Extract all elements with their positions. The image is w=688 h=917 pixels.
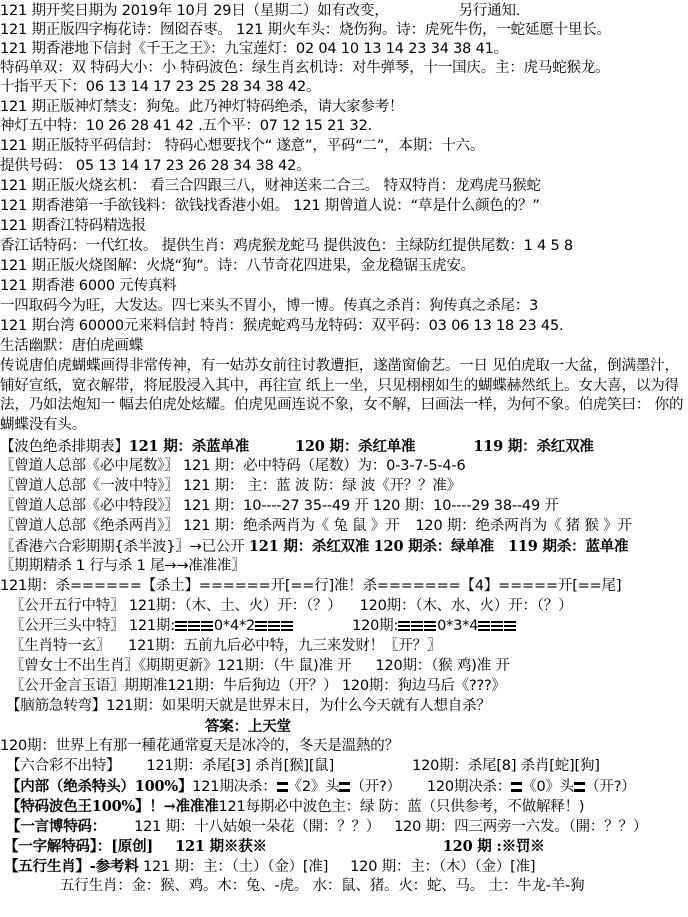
buchute-line: 【六合彩不出特】121期：杀尾[3] 杀肖[猴][鼠]120期：杀尾[8] 杀肖… [6, 757, 600, 776]
draw-date-line: 121 期开奖日期为 2019年 10月 29日（星期二）如有改变，另行通知. [0, 2, 520, 21]
tigong-line: 提供号码： 05 13 14 17 23 26 28 34 38 42。 [0, 157, 310, 176]
gongkai-santou-label: 〖公开三头中特〗 [10, 618, 124, 634]
zeng-yibo-text: 121 期： 主：蓝 波 防：绿 波《开？？准》 [183, 478, 461, 494]
riddle-label: 【脑筋急转弯】 [6, 698, 106, 714]
banbo-line: 〖香港六合彩期期{杀半波}〗→已公开 121 期：杀红双准 120 期杀：绿单准… [0, 537, 628, 556]
bar-glyph [277, 782, 288, 792]
jinyan-121: 121期：牛后狗边（开？） [167, 678, 337, 694]
zeng-teduan-text: 121 期：10----27 35--49 开 120 期：10----29 3… [183, 498, 559, 514]
santou-120-code: 0*3*4 [437, 618, 478, 634]
wuxing-121: 121 期：主：（土）（金）[准] [143, 859, 328, 875]
bar-glyph [574, 782, 585, 792]
bar-glyph [411, 621, 423, 631]
yixuan-label: 〖生肖特一玄〗 [10, 638, 110, 654]
bose-119: 119 期：杀红双准 [473, 438, 593, 455]
bosewang-text: 121每期必中波色主：绿 防：蓝（只供参考，不做解释！) [219, 799, 585, 815]
bar-glyph [491, 621, 503, 631]
bar-glyph [478, 621, 490, 631]
zeng-teduan-label: 〖曾道人总部《必中特段》〗 [0, 498, 179, 514]
humor-title: 生活幽默：唐伯虎画蝶 [0, 337, 143, 356]
yiyan-121: 121 期：十八姑娘一朵花（開：？？） [134, 819, 380, 835]
gongkai-wuxing-120: 120期：（木、水、火）开：（？） [360, 598, 573, 614]
bar-glyph [511, 782, 522, 792]
wuxing-label: 【五行生肖】-参考料 [4, 858, 139, 875]
bar-glyph [504, 621, 516, 631]
gongkai-wuxing-121: 121期：（木、土、火）开：（？） [129, 598, 342, 614]
wuxing-legend: 五行生肖：金：猴、鸡。木：兔、-虎。 水：鼠、猪。火：蛇、马。 土：牛龙-羊-狗 [60, 877, 584, 896]
zeng-teduan-line: 〖曾道人总部《必中特段》〗 121 期：10----27 35--49 开 12… [0, 497, 559, 516]
gongkai-wuxing-label: 〖公开五行中特〗 [10, 598, 124, 614]
wuxing-120: 120 期：主：（木）（金）[准] [350, 859, 535, 875]
neibu-121-mid: 《2》头 [288, 779, 340, 795]
santou-121-code: 0*4*2 [214, 618, 255, 634]
yizi-121: 121 期※获※ [175, 838, 267, 855]
danshuang-line: 特码单双：双 特码大小：小 特码波色：绿生肖玄机诗：对牛弹琴，十一国庆。主：虎马… [0, 59, 609, 78]
tepingma-line: 121 期正版特平码信封： 特码心想要找个“ 遂意”，平码“二”，本期：十六。 [0, 137, 484, 156]
xiangjiang-line: 香江话特码：一代红妆。 提供生肖：鸡虎猴龙蛇马 提供波色：主绿防红提供尾数：1 … [0, 237, 573, 256]
riddle-121: 121期：如果明天就是世界末日，为什么今天就有人想自杀？ [106, 698, 491, 714]
xinfeng-line: 121 期香港地下信封《千王之王》：九宝莲灯：02 04 10 13 14 23… [0, 40, 508, 59]
yixuan-text: 121期：五前九后必中特，九三来发财！〖开？〗 [128, 638, 441, 654]
draw-date-notice: 另行通知. [459, 3, 521, 19]
neibu-121-prefix: 121期决杀： [192, 779, 276, 795]
zeng-liangxiao-121: 121 期：绝杀两肖为《 兔 鼠 》开 [183, 518, 399, 534]
bose-table-line: 【波色绝杀排期表】121 期：杀蓝单准120 期：杀红单准119 期：杀红双准 [0, 437, 594, 456]
xiangjiang-title: 121 期香江特码精选报 [0, 217, 146, 236]
yiyan-line: 【一言博特码：121 期：十八姑娘一朵花（開：？？）120 期：四三两旁一六发。… [6, 817, 647, 836]
neibu-120-prefix: 120期决杀： [427, 779, 511, 795]
jingsha-row: 121期：杀======【杀土】======开[==行]准！杀=======【4… [0, 577, 621, 596]
jinyan-120: 120期：狗边马后《???》 [342, 678, 506, 694]
chuanzhen-line: 一四取码今为旺，大发达。四七来头不胃小，博一博。传真之杀肖：狗传真之杀尾：3 [0, 297, 538, 316]
zeng-nvshi-120: 120期：（猴 鸡)准 开 [375, 658, 509, 674]
zeng-liangxiao-label: 〖曾道人总部《绝杀两肖》〗 [0, 518, 179, 534]
zeng-yibo-label: 〖曾道人总部《一波中特》〗 [0, 478, 179, 494]
neibu-line: 【内部（绝杀特头）100%】121期决杀：《2》头（开?）120期决杀：《0》头… [6, 777, 636, 796]
bosewang-label: 【特码波色王100%】！→准准准 [6, 798, 219, 815]
bar-glyph [339, 782, 350, 792]
yizi-120: 120 期 :※罚※ [443, 838, 545, 855]
jinyan-label: 〖公开金言玉语〗期期准 [10, 678, 167, 694]
neibu-120-suffix: （开?） [585, 779, 635, 795]
taiwan-line: 121 期台湾 60000元来料信封 特肖：猴虎蛇鸡马龙特码：双平码：03 06… [0, 317, 563, 336]
neibu-label: 【内部（绝杀特头）100%】 [6, 778, 192, 795]
humor-story: 传说唐伯虎蝴蝶画得非常传神，有一姑苏女前往讨教遭拒，遂凿窗偷艺。一日 见伯虎取一… [0, 357, 686, 435]
buchute-121: 121期：杀尾[3] 杀肖[猴][鼠] [146, 758, 334, 774]
bar-glyph [188, 621, 200, 631]
zeng-liangxiao-line: 〖曾道人总部《绝杀两肖》〗 121 期：绝杀两肖为《 兔 鼠 》开120 期：绝… [0, 517, 632, 536]
diyishou-line: 121 期香港第一手欲钱料：欲钱找香港小姐。 121 期曾道人说：“草是什么颜色… [0, 197, 540, 216]
huoshao-tujie-line: 121 期正版火烧图解：火烧“狗”。诗：八节奇花四进果，金龙稳锯玉虎安。 [0, 257, 475, 276]
bar-glyph [424, 621, 436, 631]
shizhi-line: 十指平天下：06 13 14 17 23 25 28 34 38 42。 [0, 78, 320, 97]
riddle-121-line: 【脑筋急转弯】121期：如果明天就是世界末日，为什么今天就有人想自杀？ [6, 697, 491, 716]
zeng-nvshi-121: 121期：（牛 鼠)准 开 [217, 658, 351, 674]
neibu-120-mid: 《0》头 [522, 779, 574, 795]
banbo-119: 119 期杀：蓝单准 [508, 538, 628, 555]
zeng-yibo-line: 〖曾道人总部《一波中特》〗 121 期： 主：蓝 波 防：绿 波《开？？准》 [0, 477, 461, 496]
riddle-answer: 答案：上天堂 [205, 717, 291, 736]
yiyan-120: 120 期：四三两旁一六发。（開：？？） [394, 819, 647, 835]
shendeng-wuzhong-line: 神灯五中特：10 26 28 41 42 .五个平：07 12 15 21 32… [0, 117, 372, 136]
wuxing-line: 【五行生肖】-参考料 121 期：主：（土）（金）[准]120 期：主：（木）（… [4, 857, 535, 876]
bosewang-line: 【特码波色王100%】！→准准准121每期必中波色主：绿 防：蓝（只供参考，不做… [6, 797, 584, 816]
shendeng-line: 121 期正版神灯禁支：狗兔。此乃神灯特码绝杀，请大家参考！ [0, 98, 403, 117]
bose-table-label: 【波色绝杀排期表】 [0, 439, 129, 455]
yiyan-label: 【一言博特码： [6, 818, 106, 835]
zeng-liangxiao-120: 120 期：绝杀两肖为《 猪 猴 》开 [415, 518, 631, 534]
yizi-line: 【一字解特码】：[原创]121 期※获※120 期 :※罚※ [4, 837, 545, 856]
yizi-label: 【一字解特码】：[原创] [4, 838, 153, 855]
bose-120: 120 期：杀红单准 [295, 438, 415, 455]
buchute-120: 120期：杀尾[8] 杀肖[蛇][狗] [412, 758, 600, 774]
huoshao-line: 121 期正版火烧玄机： 看三合四跟三八，财神送来二合三。 特双特肖：龙鸡虎马猴… [0, 177, 541, 196]
bar-glyph [255, 621, 267, 631]
banbo-121: 121 期：杀红双准 [249, 538, 369, 555]
bar-glyph [201, 621, 213, 631]
zeng-weishu-label: 〖曾道人总部《必中尾数》〗 [0, 458, 179, 474]
jinyan-line: 〖公开金言玉语〗期期准121期：牛后狗边（开？） 120期：狗边马后《???》 [10, 677, 506, 696]
zeng-weishu-line: 〖曾道人总部《必中尾数》〗 121 期：必中特码（尾数）为：0-3-7-5-4-… [0, 457, 465, 476]
zeng-nvshi-label: 〖曾女士不出生肖〗《期期更新》 [10, 658, 217, 674]
banbo-label: 〖香港六合彩期期{杀半波}〗→已公开 [0, 539, 245, 555]
zeng-weishu-text: 121 期：必中特码（尾数）为：0-3-7-5-4-6 [183, 458, 465, 474]
jingsha-title: 〖期期精杀 1 行与杀 1 尾→→准准准〗 [0, 557, 246, 576]
santou-121-prefix: 121期: [129, 618, 175, 634]
zeng-nvshi-line: 〖曾女士不出生肖〗《期期更新》121期：（牛 鼠)准 开120期：（猴 鸡)准 … [10, 657, 510, 676]
gongkai-wuxing-line: 〖公开五行中特〗 121期：（木、土、火）开：（？）120期：（木、水、火）开：… [10, 597, 572, 616]
banbo-120: 120 期杀：绿单准 [374, 538, 494, 555]
riddle-120: 120期：世界上有那一種花通常夏天是冰冷的，冬天是溫熱的？ [0, 737, 399, 756]
neibu-121-suffix: （开?） [350, 779, 400, 795]
bar-glyph [281, 621, 293, 631]
meihua-poem-line: 121 期正版四字梅花诗：囫囵吞枣。 121 期火车头：烧伤狗。诗：虎死牛伤，一… [0, 21, 611, 40]
bar-glyph [268, 621, 280, 631]
bar-glyph [175, 621, 187, 631]
buchute-label: 【六合彩不出特】 [6, 758, 120, 774]
draw-date-text: 121 期开奖日期为 2019年 10月 29日（星期二）如有改变， [0, 3, 389, 19]
bose-121: 121 期：杀蓝单准 [129, 438, 249, 455]
santou-120-prefix: 120期: [352, 618, 398, 634]
gongkai-santou-line: 〖公开三头中特〗 121期:0*4*2120期:0*3*4 [10, 617, 517, 636]
chuanzhen-title: 121 期香港 6000 元传真料 [0, 277, 177, 296]
bar-glyph [398, 621, 410, 631]
yixuan-line: 〖生肖特一玄〗121期：五前九后必中特，九三来发财！〖开？〗 [10, 637, 441, 656]
